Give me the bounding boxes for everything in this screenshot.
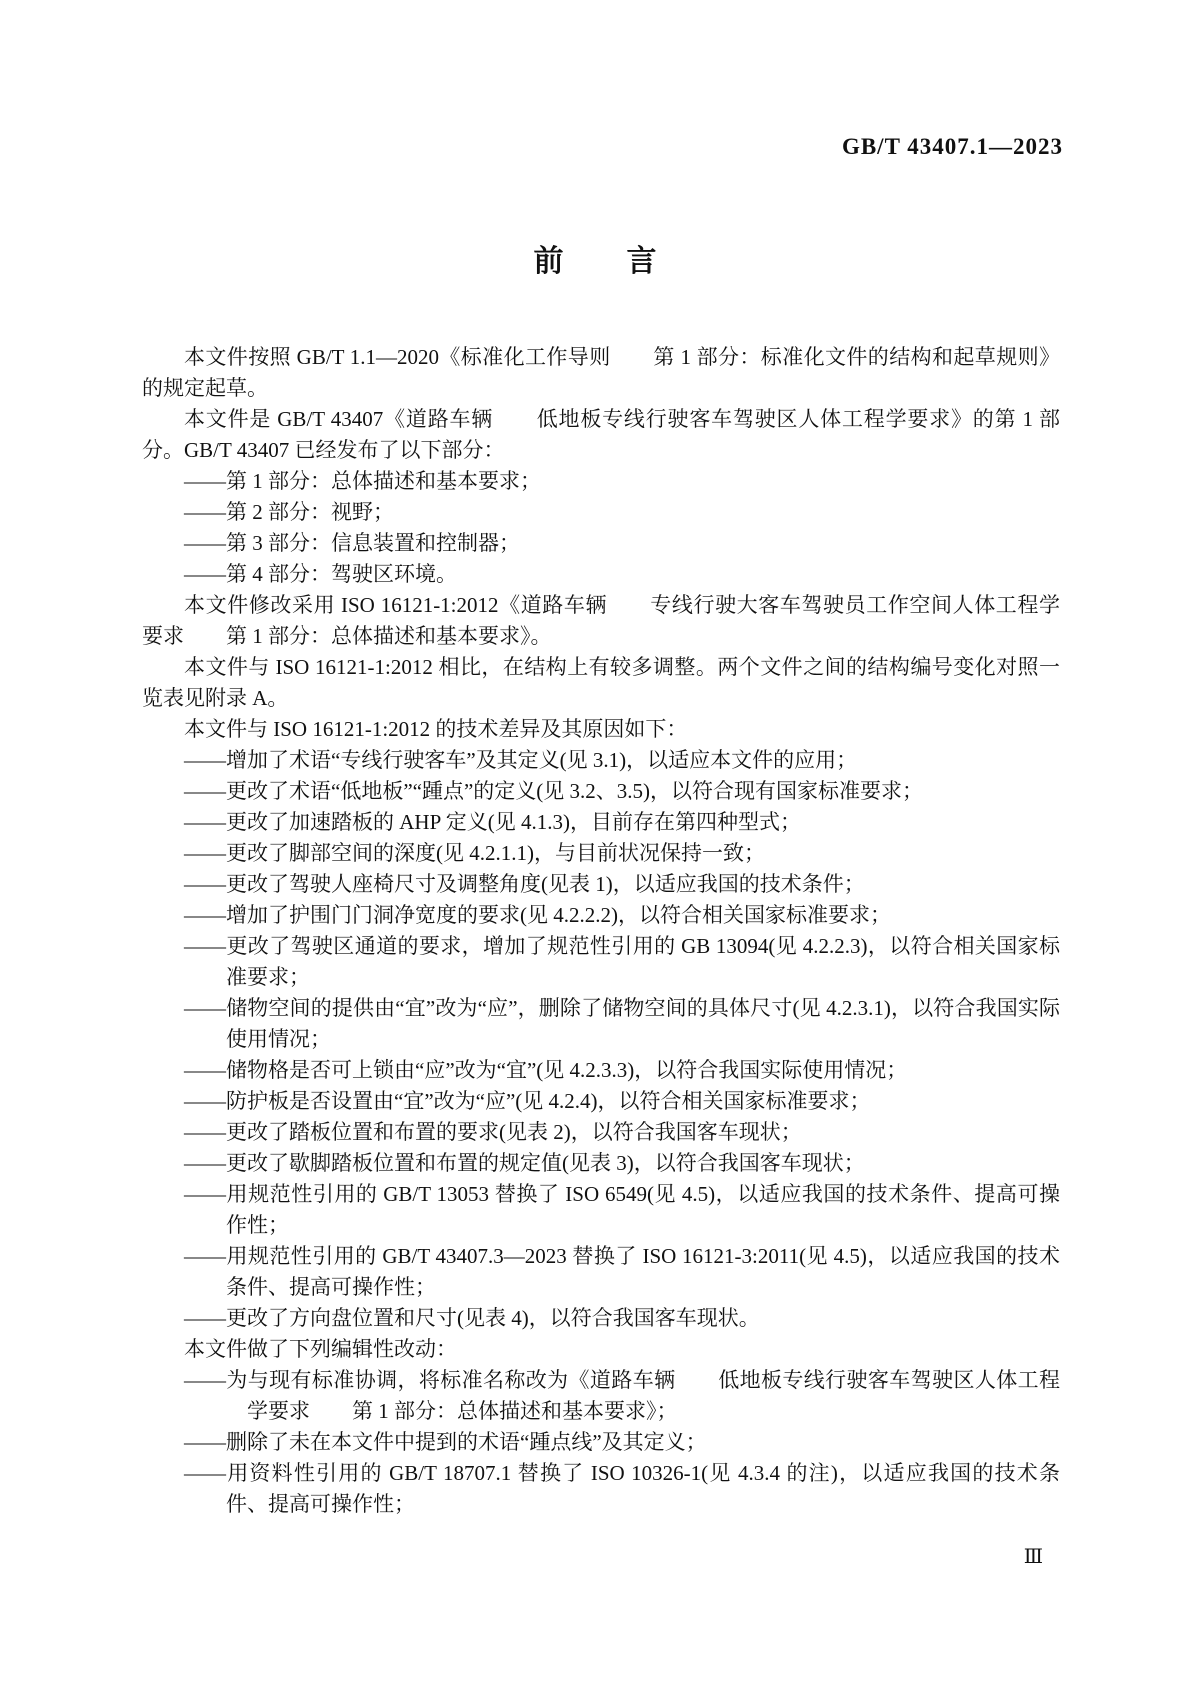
list-item: ——更改了术语“低地板”“踵点”的定义(见 3.2、3.5)，以符合现有国家标准… (226, 776, 1060, 807)
paragraph: 本文件与 ISO 16121-1:2012 相比，在结构上有较多调整。两个文件之… (142, 652, 1060, 714)
list-item: ——更改了方向盘位置和尺寸(见表 4)，以符合我国客车现状。 (226, 1303, 1060, 1334)
list-item: ——用规范性引用的 GB/T 43407.3—2023 替换了 ISO 1612… (226, 1241, 1060, 1303)
list-item: ——防护板是否设置由“宜”改为“应”(见 4.2.4)，以符合相关国家标准要求； (226, 1086, 1060, 1117)
paragraph: 本文件与 ISO 16121-1:2012 的技术差异及其原因如下： (142, 714, 1060, 745)
list-item: ——增加了护围门门洞净宽度的要求(见 4.2.2.2)，以符合相关国家标准要求； (226, 900, 1060, 931)
list-item: ——第 2 部分：视野； (226, 497, 1060, 528)
page-title: 前 言 (0, 236, 1191, 280)
document-page: GB/T 43407.1—2023 前 言 本文件按照 GB/T 1.1—202… (0, 0, 1191, 1685)
paragraph: 本文件做了下列编辑性改动： (142, 1334, 1060, 1365)
list-item: ——第 3 部分：信息装置和控制器； (226, 528, 1060, 559)
list-item: ——更改了歇脚踏板位置和布置的规定值(见表 3)，以符合我国客车现状； (226, 1148, 1060, 1179)
list-item: ——更改了加速踏板的 AHP 定义(见 4.1.3)，目前存在第四种型式； (226, 807, 1060, 838)
paragraph: 本文件按照 GB/T 1.1—2020《标准化工作导则 第 1 部分：标准化文件… (142, 342, 1060, 404)
list-item: ——删除了未在本文件中提到的术语“踵点线”及其定义； (226, 1427, 1060, 1458)
list-item: ——储物空间的提供由“宜”改为“应”，删除了储物空间的具体尺寸(见 4.2.3.… (226, 993, 1060, 1055)
paragraph: 本文件修改采用 ISO 16121-1:2012《道路车辆 专线行驶大客车驾驶员… (142, 590, 1060, 652)
list-item: ——用资料性引用的 GB/T 18707.1 替换了 ISO 10326-1(见… (226, 1458, 1060, 1520)
list-item: ——第 4 部分：驾驶区环境。 (226, 559, 1060, 590)
list-item: ——储物格是否可上锁由“应”改为“宜”(见 4.2.3.3)，以符合我国实际使用… (226, 1055, 1060, 1086)
list-item: ——更改了驾驶人座椅尺寸及调整角度(见表 1)，以适应我国的技术条件； (226, 869, 1060, 900)
paragraph: 本文件是 GB/T 43407《道路车辆 低地板专线行驶客车驾驶区人体工程学要求… (142, 404, 1060, 466)
list-item: ——更改了脚部空间的深度(见 4.2.1.1)，与目前状况保持一致； (226, 838, 1060, 869)
list-item: ——更改了踏板位置和布置的要求(见表 2)，以符合我国客车现状； (226, 1117, 1060, 1148)
standard-code: GB/T 43407.1—2023 (842, 134, 1063, 160)
page-number: Ⅲ (1024, 1544, 1043, 1569)
list-item: ——更改了驾驶区通道的要求，增加了规范性引用的 GB 13094(见 4.2.2… (226, 931, 1060, 993)
list-item: ——用规范性引用的 GB/T 13053 替换了 ISO 6549(见 4.5)… (226, 1179, 1060, 1241)
list-item: ——第 1 部分：总体描述和基本要求； (226, 466, 1060, 497)
list-item: ——增加了术语“专线行驶客车”及其定义(见 3.1)，以适应本文件的应用； (226, 745, 1060, 776)
list-item: ——为与现有标准协调，将标准名称改为《道路车辆 低地板专线行驶客车驾驶区人体工程… (247, 1365, 1060, 1427)
document-body: 本文件按照 GB/T 1.1—2020《标准化工作导则 第 1 部分：标准化文件… (142, 342, 1060, 1520)
